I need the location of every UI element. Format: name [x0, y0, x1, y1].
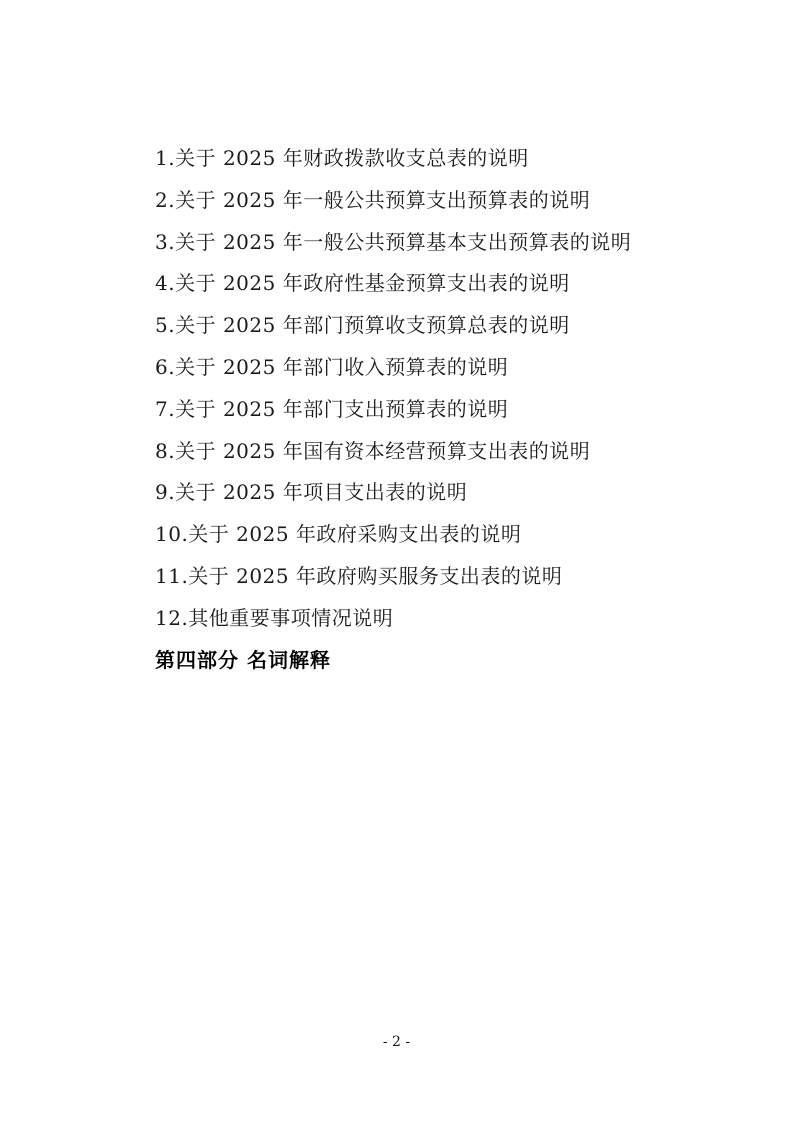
toc-item: 8.关于 2025 年国有资本经营预算支出表的说明	[155, 431, 733, 473]
document-page: 1.关于 2025 年财政拨款收支总表的说明 2.关于 2025 年一般公共预算…	[0, 0, 793, 1122]
toc-item: 4.关于 2025 年政府性基金预算支出表的说明	[155, 263, 733, 305]
toc-item: 10.关于 2025 年政府采购支出表的说明	[155, 514, 733, 556]
toc-item: 1.关于 2025 年财政拨款收支总表的说明	[155, 138, 733, 180]
toc-item: 9.关于 2025 年项目支出表的说明	[155, 472, 733, 514]
toc-item: 12.其他重要事项情况说明	[155, 598, 733, 640]
section-heading: 第四部分 名词解释	[155, 640, 733, 682]
page-number: - 2 -	[0, 1034, 793, 1050]
toc-item: 6.关于 2025 年部门收入预算表的说明	[155, 347, 733, 389]
toc-list: 1.关于 2025 年财政拨款收支总表的说明 2.关于 2025 年一般公共预算…	[155, 138, 733, 681]
toc-item: 2.关于 2025 年一般公共预算支出预算表的说明	[155, 180, 733, 222]
toc-item: 7.关于 2025 年部门支出预算表的说明	[155, 389, 733, 431]
toc-item: 11.关于 2025 年政府购买服务支出表的说明	[155, 556, 733, 598]
toc-item: 3.关于 2025 年一般公共预算基本支出预算表的说明	[155, 222, 733, 264]
toc-item: 5.关于 2025 年部门预算收支预算总表的说明	[155, 305, 733, 347]
